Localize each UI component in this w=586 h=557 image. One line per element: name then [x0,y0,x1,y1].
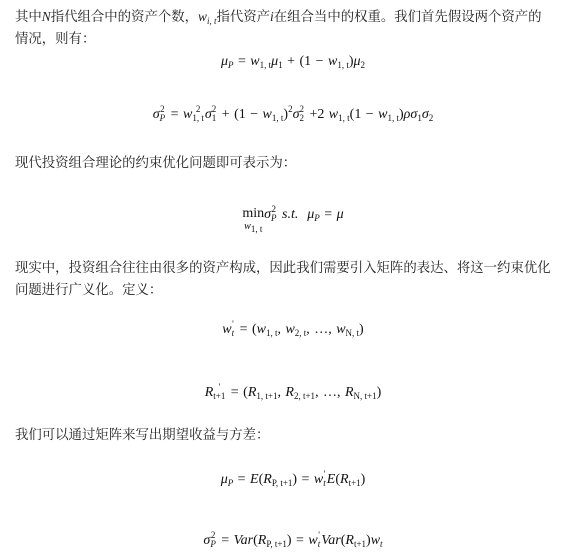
equation-expected-return-matrix: μP = E(RP, t+1) = w'tE(Rt+1) [0,470,586,488]
text: 现实中，投资组合往往由很多的资产构成，因此我们需要引入矩阵的表达、将这一约束优化 [15,261,551,276]
equation-min-variance-problem: minw1, tσ2P s.t. μP = μ [0,205,586,232]
text: 指代资产 [216,10,270,25]
paragraph-constraint-intro: 现代投资组合理论的约束优化问题即可表示为： [15,153,575,175]
text: 我们可以通过矩阵来写出期望收益与方差： [15,428,269,443]
paragraph-matrix-intro: 现实中，投资组合往往由很多的资产构成，因此我们需要引入矩阵的表达、将这一约束优化… [15,258,575,302]
text: 现代投资组合理论的约束优化问题即可表示为： [15,156,296,171]
math-w-it: wi, t [198,9,216,24]
equation-weight-vector: w't = (w1, t, w2, t, …, wN, t) [0,320,586,338]
text: 指代组合中的资产个数， [51,10,198,25]
equation-return-vector: R't+1 = (R1, t+1, R2, t+1, …, RN, t+1) [0,383,586,401]
paragraph-matrix-form: 我们可以通过矩阵来写出期望收益与方差： [15,425,575,447]
text: 其中 [15,10,42,25]
text: 情况，则有： [15,32,95,47]
text: 在组合当中的权重。我们首先假设两个资产的 [274,10,542,25]
paragraph-intro: 其中N指代组合中的资产个数，wi, t指代资产i在组合当中的权重。我们首先假设两… [15,6,575,51]
equation-portfolio-mean-two-assets: μP = w1, tμ1 + (1 − w1, t)μ2 [0,53,586,70]
equation-variance-matrix: σ2P = Var(RP, t+1) = w'tVar(Rt+1)wt [0,531,586,549]
equation-portfolio-variance-two-assets: σ2P = w21, tσ21 + (1 − w1, t)2σ22 +2 w1,… [0,105,586,123]
math-N: N [42,9,51,24]
text: 问题进行广义化。定义： [15,283,162,298]
